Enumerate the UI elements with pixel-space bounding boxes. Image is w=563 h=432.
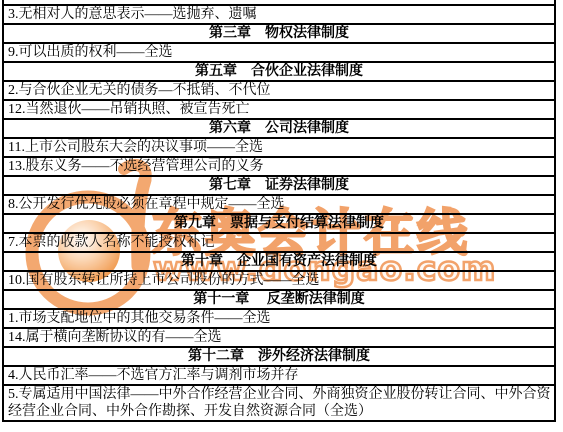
chapter-summary-table: 3.无相对人的意思表示——选抛弃、遗嘱第三章 物权法律制度9.可以出质的权利——…: [2, 0, 556, 422]
chapter-header-row: 第五章 合伙企业法律制度: [4, 63, 554, 82]
row-text: 9.可以出质的权利——全选: [8, 45, 173, 60]
chapter-header-row: 第十一章 反垄断法律制度: [4, 291, 554, 310]
chapter-header-row: 第九章 票据与支付结算法律制度: [4, 215, 554, 234]
row-text: 11.上市公司股东大会的决议事项——全选: [8, 140, 263, 155]
row-text: 4.人民币汇率——不选官方汇率与调剂市场并存: [8, 368, 299, 383]
row-text: 1.市场支配地位中的其他交易条件——全选: [8, 311, 271, 326]
table-row: 14.属于横向垄断协议的有——全选: [4, 329, 554, 348]
row-text: 第六章 公司法律制度: [209, 121, 349, 136]
table-row: 9.可以出质的权利——全选: [4, 44, 554, 63]
row-text: 7.本票的收款人名称不能授权补记: [8, 235, 215, 250]
chapter-header-row: 第六章 公司法律制度: [4, 120, 554, 139]
row-text: 3.无相对人的意思表示——选抛弃、遗嘱: [8, 7, 257, 22]
table-row: 1.市场支配地位中的其他交易条件——全选: [4, 310, 554, 329]
row-text: 14.属于横向垄断协议的有——全选: [8, 330, 222, 345]
table-row: 4.人民币汇率——不选官方汇率与调剂市场并存: [4, 367, 554, 386]
table-row: 11.上市公司股东大会的决议事项——全选: [4, 139, 554, 158]
row-text: 第七章 证券法律制度: [209, 178, 349, 193]
chapter-header-row: 第三章 物权法律制度: [4, 25, 554, 44]
row-text: 第十一章 反垄断法律制度: [193, 292, 365, 307]
row-text: 13.股东义务——不选经营管理公司的义务: [8, 159, 264, 174]
row-text: 12.当然退伙——吊销执照、被宣告死亡: [8, 102, 250, 117]
table-row: 12.当然退伙——吊销执照、被宣告死亡: [4, 101, 554, 120]
table-row: 5.专属适用中国法律——中外合作经营企业合同、外商独资企业股份转让合同、中外合资…: [4, 386, 554, 422]
page: { "watermark": { "logo_icon": "dongao-d-…: [0, 0, 563, 432]
table-row: 13.股东义务——不选经营管理公司的义务: [4, 158, 554, 177]
chapter-header-row: 第十章 企业国有资产法律制度: [4, 253, 554, 272]
row-text: 8.公开发行优先股必须在章程中规定——全选: [8, 197, 285, 212]
row-text: 5.专属适用中国法律——中外合作经营企业合同、外商独资企业股份转让合同、中外合资…: [8, 387, 551, 419]
table-row: 8.公开发行优先股必须在章程中规定——全选: [4, 196, 554, 215]
table-row: 10.国有股东转让所持上市公司股份的方式——全选: [4, 272, 554, 291]
table-row: 7.本票的收款人名称不能授权补记: [4, 234, 554, 253]
chapter-header-row: 第七章 证券法律制度: [4, 177, 554, 196]
row-text: 第三章 物权法律制度: [209, 26, 349, 41]
row-text: 10.国有股东转让所持上市公司股份的方式——全选: [8, 273, 320, 288]
row-text: 第九章 票据与支付结算法律制度: [174, 216, 384, 231]
table-row: 3.无相对人的意思表示——选抛弃、遗嘱: [4, 6, 554, 25]
row-text: 2.与合伙企业无关的债务—不抵销、不代位: [8, 83, 271, 98]
chapter-header-row: 第十二章 涉外经济法律制度: [4, 348, 554, 367]
row-text: 第五章 合伙企业法律制度: [195, 64, 363, 79]
row-text: 第十章 企业国有资产法律制度: [181, 254, 377, 269]
table-row: 2.与合伙企业无关的债务—不抵销、不代位: [4, 82, 554, 101]
row-text: 第十二章 涉外经济法律制度: [188, 349, 370, 364]
